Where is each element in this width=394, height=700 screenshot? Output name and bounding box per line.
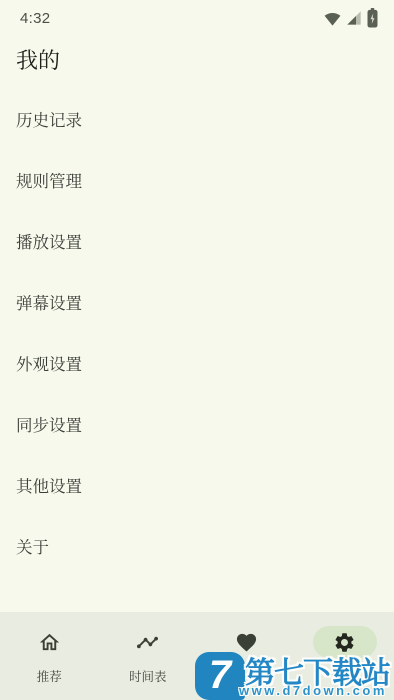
tab-schedule-label: 时间表 [129, 667, 167, 685]
status-icons [324, 8, 378, 28]
page-title: 我的 [0, 30, 394, 88]
menu-item-about[interactable]: 关于 [0, 515, 394, 576]
tab-mine-label: 我的 [332, 667, 357, 685]
menu-item-playback-settings[interactable]: 播放设置 [0, 210, 394, 271]
menu-item-history[interactable]: 历史记录 [0, 88, 394, 149]
menu-item-sync-settings[interactable]: 同步设置 [0, 393, 394, 454]
tab-recommend-label: 推荐 [37, 667, 62, 685]
tab-recommend[interactable]: 推荐 [0, 612, 99, 700]
heart-icon [214, 626, 278, 658]
menu-item-rule-management[interactable]: 规则管理 [0, 149, 394, 210]
app-screen: 4:32 我的 历史记录 规则管理 播放设置 弹幕设置 外观设置 同步设置 [0, 0, 394, 700]
home-icon [17, 626, 81, 658]
menu-item-other-settings[interactable]: 其他设置 [0, 454, 394, 515]
clock: 4:32 [20, 10, 50, 27]
settings-gear-icon [313, 626, 377, 658]
timeline-icon [116, 626, 180, 658]
tab-following-label: 追番 [234, 667, 259, 685]
bottom-nav-bar: 推荐 时间表 追番 我的 [0, 612, 394, 700]
tab-mine[interactable]: 我的 [296, 612, 394, 700]
wifi-icon [324, 11, 341, 26]
battery-charging-icon [367, 8, 378, 28]
status-bar: 4:32 [0, 0, 394, 30]
cellular-signal-icon [346, 10, 362, 26]
menu-item-danmaku-settings[interactable]: 弹幕设置 [0, 271, 394, 332]
tab-following[interactable]: 追番 [197, 612, 296, 700]
tab-schedule[interactable]: 时间表 [99, 612, 198, 700]
settings-menu: 历史记录 规则管理 播放设置 弹幕设置 外观设置 同步设置 其他设置 关于 [0, 88, 394, 576]
menu-item-appearance-settings[interactable]: 外观设置 [0, 332, 394, 393]
